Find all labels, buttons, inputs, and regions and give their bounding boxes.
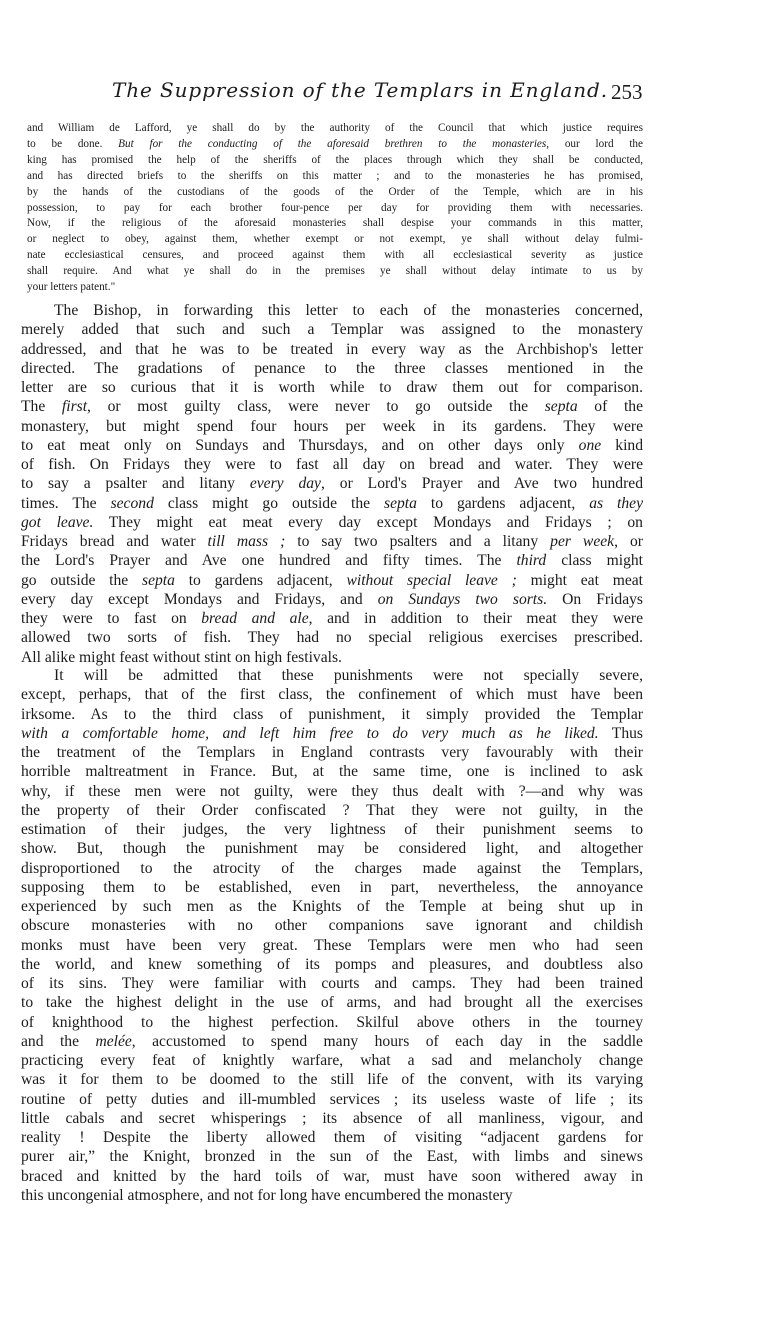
page-number: 253 [611, 80, 643, 105]
text-run: On Fridays [547, 591, 643, 608]
text-line: possession, to pay for each brother four… [27, 201, 643, 217]
text-run: except, perhaps, that of the first class… [21, 686, 643, 703]
italic-text: But for the conducting of the aforesaid … [118, 138, 549, 150]
text-line: of fish. On Fridays they were to fast al… [21, 455, 643, 474]
book-page: The Suppression of the Templars in Engla… [0, 0, 762, 1341]
text-run: this uncongenial atmosphere, and not for… [21, 1187, 513, 1204]
text-line: got leave. They might eat meat every day… [21, 513, 643, 532]
text-line: to say a psalter and litany every day, o… [21, 474, 643, 493]
text-run: Thus [599, 725, 643, 742]
text-line: allowed two sorts of fish. They had no s… [21, 628, 643, 647]
text-line: king has promised the help of the sherif… [27, 153, 643, 169]
text-run: braced and knitted by the hard toils of … [21, 1168, 643, 1185]
text-line: go outside the septa to gardens adjacent… [21, 571, 643, 590]
text-run: routine of petty duties and ill-mumbled … [21, 1091, 643, 1108]
italic-text: third [516, 552, 546, 569]
text-run: to take the highest delight in the use o… [21, 994, 643, 1011]
text-line: except, perhaps, that of the first class… [21, 685, 643, 704]
text-line: or neglect to obey, against them, whethe… [27, 232, 643, 248]
text-line: The Bishop, in forwarding this letter to… [21, 301, 643, 320]
italic-text: on Sundays two sorts. [378, 591, 547, 608]
text-run: possession, to pay for each brother four… [27, 202, 643, 214]
text-line: to be done. But for the conducting of th… [27, 137, 643, 153]
text-run: to be done. [27, 138, 118, 150]
text-line: nate ecclesiastical censures, and procee… [27, 248, 643, 264]
text-line: the property of their Order confiscated … [21, 801, 643, 820]
text-line: Now, if the religious of the aforesaid m… [27, 216, 643, 232]
text-line: It will be admitted that these punishmen… [21, 666, 643, 685]
text-run: nate ecclesiastical censures, and procee… [27, 249, 643, 261]
text-run: purer air,” the Knight, bronzed in the s… [21, 1148, 643, 1165]
text-line: by the hands of the custodians of the go… [27, 185, 643, 201]
text-line: All alike might feast without stint on h… [21, 648, 643, 667]
running-head: The Suppression of the Templars in Engla… [112, 78, 652, 108]
italic-text: till mass ; [208, 533, 286, 550]
italic-text: per week [550, 533, 614, 550]
text-run: allowed two sorts of fish. They had no s… [21, 629, 643, 646]
text-line: why, if these men were not guilty, were … [21, 782, 643, 801]
text-line: the Lord's Prayer and Ave one hundred an… [21, 551, 643, 570]
italic-text: without special leave ; [346, 572, 516, 589]
text-run: every day except Mondays and Fridays, an… [21, 591, 378, 608]
text-line: Fridays bread and water till mass ; to s… [21, 532, 643, 551]
text-line: disproportioned to the atrocity of the c… [21, 859, 643, 878]
quoted-letter-block: and William de Lafford, ye shall do by t… [27, 121, 643, 296]
text-line: your letters patent." [27, 280, 643, 296]
text-line: monks must have been very great. These T… [21, 936, 643, 955]
text-run: estimation of their judges, the very lig… [21, 821, 643, 838]
text-run: supposing them to be established, even i… [21, 879, 643, 896]
text-line: the treatment of the Templars in England… [21, 743, 643, 762]
text-line: directed. The gradations of penance to t… [21, 359, 643, 378]
text-line: braced and knitted by the hard toils of … [21, 1167, 643, 1186]
text-run: of knighthood to the highest perfection.… [21, 1014, 643, 1031]
paragraph-bishop-forwarding: The Bishop, in forwarding this letter to… [21, 301, 643, 667]
text-line: shall require. And what ye shall do in t… [27, 264, 643, 280]
text-run: and the [21, 1033, 95, 1050]
text-run: shall require. And what ye shall do in t… [27, 265, 643, 277]
text-run: by the hands of the custodians of the go… [27, 186, 643, 198]
text-run: show. But, though the punishment may be … [21, 840, 643, 857]
text-line: reality ! Despite the liberty allowed th… [21, 1128, 643, 1147]
italic-text: first [62, 398, 87, 415]
text-run: might eat meat [517, 572, 643, 589]
text-line: and William de Lafford, ye shall do by t… [27, 121, 643, 137]
text-run: horrible maltreatment in France. But, at… [21, 763, 643, 780]
text-line: this uncongenial atmosphere, and not for… [21, 1186, 643, 1205]
italic-text: melée [95, 1033, 131, 1050]
text-run: , or most guilty class, were never to go… [87, 398, 545, 415]
text-run: monks must have been very great. These T… [21, 937, 643, 954]
text-run: and William de Lafford, ye shall do by t… [27, 122, 643, 134]
text-run: Now, if the religious of the aforesaid m… [27, 217, 643, 229]
text-line: supposing them to be established, even i… [21, 878, 643, 897]
text-run: , and in addition to their meat they wer… [309, 610, 643, 627]
italic-text: bread and ale [201, 610, 308, 627]
text-line: show. But, though the punishment may be … [21, 839, 643, 858]
text-run: The [21, 398, 62, 415]
text-run: the property of their Order confiscated … [21, 802, 643, 819]
text-run: , or [614, 533, 643, 550]
text-run: of the [578, 398, 643, 415]
text-run: little cabals and secret whisperings ; i… [21, 1110, 643, 1127]
text-line: practicing every feat of knightly warfar… [21, 1051, 643, 1070]
text-line: times. The second class might go outside… [21, 494, 643, 513]
text-run: class might go outside the [154, 495, 384, 512]
text-run: the Lord's Prayer and Ave one hundred an… [21, 552, 516, 569]
text-run: your letters patent." [27, 281, 115, 293]
italic-text: as they [589, 495, 643, 512]
text-line: letter are so curious that it is worth w… [21, 378, 643, 397]
text-line: the world, and knew something of its pom… [21, 955, 643, 974]
text-line: of knighthood to the highest perfection.… [21, 1013, 643, 1032]
text-run: the treatment of the Templars in England… [21, 744, 643, 761]
text-line: merely added that such and such a Templa… [21, 320, 643, 339]
italic-text: every day [250, 475, 321, 492]
text-run: disproportioned to the atrocity of the c… [21, 860, 643, 877]
text-line: and has directed briefs to the sheriffs … [27, 169, 643, 185]
text-run: All alike might feast without stint on h… [21, 649, 342, 666]
text-run: , or Lord's Prayer and Ave two hundred [321, 475, 643, 492]
text-run: , accustomed to spend many hours of each… [132, 1033, 643, 1050]
text-line: addressed, and that he was to be treated… [21, 340, 643, 359]
italic-text: with a comfortable home, and left him fr… [21, 725, 599, 742]
text-run: merely added that such and such a Templa… [21, 321, 643, 338]
text-line: to eat meat only on Sundays and Thursday… [21, 436, 643, 455]
text-run: directed. The gradations of penance to t… [21, 360, 643, 377]
text-line: purer air,” the Knight, bronzed in the s… [21, 1147, 643, 1166]
text-line: of its sins. They were familiar with cou… [21, 974, 643, 993]
text-line: with a comfortable home, and left him fr… [21, 724, 643, 743]
text-run: king has promised the help of the sherif… [27, 154, 643, 166]
text-line: routine of petty duties and ill-mumbled … [21, 1090, 643, 1109]
text-run: to gardens adjacent, [417, 495, 589, 512]
text-run: our lord the [549, 138, 643, 150]
text-run: monastery, but might spend four hours pe… [21, 418, 643, 435]
text-line: to take the highest delight in the use o… [21, 993, 643, 1012]
text-run: experienced by such men as the Knights o… [21, 898, 643, 915]
text-line: obscure monasteries with no other compan… [21, 916, 643, 935]
text-line: they were to fast on bread and ale, and … [21, 609, 643, 628]
text-line: little cabals and secret whisperings ; i… [21, 1109, 643, 1128]
text-run: reality ! Despite the liberty allowed th… [21, 1129, 643, 1146]
text-line: was it for them to be doomed to the stil… [21, 1070, 643, 1089]
text-line: every day except Mondays and Fridays, an… [21, 590, 643, 609]
text-run: why, if these men were not guilty, were … [21, 783, 643, 800]
text-run: to eat meat only on Sundays and Thursday… [21, 437, 579, 454]
text-run: They might eat meat every day except Mon… [93, 514, 643, 531]
text-line: horrible maltreatment in France. But, at… [21, 762, 643, 781]
text-run: addressed, and that he was to be treated… [21, 341, 643, 358]
text-line: monastery, but might spend four hours pe… [21, 417, 643, 436]
text-line: and the melée, accustomed to spend many … [21, 1032, 643, 1051]
text-run: irksome. As to the third class of punish… [21, 706, 643, 723]
text-line: The first, or most guilty class, were ne… [21, 397, 643, 416]
text-run: the world, and knew something of its pom… [21, 956, 643, 973]
running-title: The Suppression of the Templars in Engla… [112, 78, 608, 102]
italic-text: second [111, 495, 154, 512]
text-run: to say a psalter and litany [21, 475, 250, 492]
text-run: Fridays bread and water [21, 533, 208, 550]
text-run: practicing every feat of knightly warfar… [21, 1052, 643, 1069]
text-run: or neglect to obey, against them, whethe… [27, 233, 643, 245]
text-line: irksome. As to the third class of punish… [21, 705, 643, 724]
text-run: obscure monasteries with no other compan… [21, 917, 643, 934]
text-run: The Bishop, in forwarding this letter to… [54, 302, 643, 319]
text-run: class might [546, 552, 643, 569]
text-run: letter are so curious that it is worth w… [21, 379, 643, 396]
text-run: to gardens adjacent, [175, 572, 347, 589]
text-line: estimation of their judges, the very lig… [21, 820, 643, 839]
text-run: was it for them to be doomed to the stil… [21, 1071, 643, 1088]
text-run: go outside the [21, 572, 142, 589]
text-run: kind [601, 437, 643, 454]
text-run: times. The [21, 495, 111, 512]
paragraph-punishments: It will be admitted that these punishmen… [21, 666, 643, 1205]
italic-text: septa [545, 398, 578, 415]
text-line: experienced by such men as the Knights o… [21, 897, 643, 916]
text-run: It will be admitted that these punishmen… [54, 667, 643, 684]
text-run: and has directed briefs to the sheriffs … [27, 170, 643, 182]
italic-text: septa [384, 495, 417, 512]
text-run: of fish. On Fridays they were to fast al… [21, 456, 643, 473]
italic-text: one [579, 437, 602, 454]
text-run: they were to fast on [21, 610, 201, 627]
text-run: to say two psalters and a litany [285, 533, 550, 550]
italic-text: septa [142, 572, 175, 589]
text-run: of its sins. They were familiar with cou… [21, 975, 643, 992]
italic-text: got leave. [21, 514, 93, 531]
